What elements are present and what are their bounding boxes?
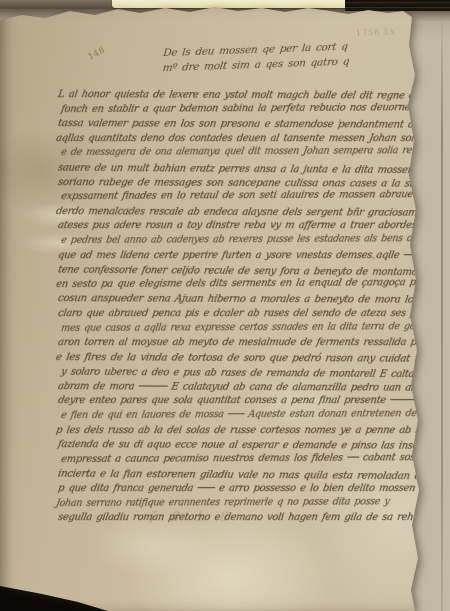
manuscript-line-text: segulla giladiu roman pretorno e demano … xyxy=(57,512,420,523)
manuscript-line-text: derdo menalcades rescale ab endeca alays… xyxy=(55,206,433,219)
folio-number-annotation: 148 xyxy=(87,45,107,62)
manuscript-line: empressat a caunca pecamiso nuestros dem… xyxy=(61,445,414,461)
manuscript-line: expssament finades en lo retaul de son s… xyxy=(61,182,414,198)
manuscript-line-text: Johan serrano ratifique erannentes repri… xyxy=(55,496,390,509)
manuscript-line-text: tassa valemer passe en los son presona e… xyxy=(57,117,450,131)
heading-block: De ls deu mossen qe per la cort q mº dre… xyxy=(148,40,364,76)
manuscript-line: e les fires de la vinda de tortosa de so… xyxy=(56,345,414,361)
manuscript-page-wrap: 148 1756 Lx De ls deu mossen qe per la c… xyxy=(0,0,450,611)
manuscript-line: en sesto pa que elegisme dels dits serme… xyxy=(56,270,414,286)
manuscript-line: tassa valemer passe en los son presona e… xyxy=(58,111,414,127)
manuscript-line: mes que casos a aqlla rexa expresse cert… xyxy=(61,314,414,330)
manuscript-line-text: cosun anspueder sena Ajuan hiberno a mor… xyxy=(57,292,448,306)
manuscript-line-text: e pedres bel anno ab cadenyes ab rexeres… xyxy=(60,233,450,246)
manuscript-line: fonch en stablir a quar bdemon sabina la… xyxy=(61,95,414,111)
manuscript-line: derdo menalcades rescale ab endeca alays… xyxy=(56,199,414,215)
manuscript-line-text: abram de mora ───── E calatayud ab cana … xyxy=(57,381,450,394)
ink-bleedthrough-marks: ſ 8 1 8 xyxy=(149,510,235,525)
manuscript-line: cosun anspueder sena Ajuan hiberno a mor… xyxy=(58,286,414,302)
manuscript-line: incierta e la fian estorenen giladiu val… xyxy=(58,462,414,479)
manuscript-line: Johan serrano ratifique erannentes repri… xyxy=(56,489,414,505)
manuscript-line-text: e fien de qui en lauores de mossa ─── Aq… xyxy=(60,408,417,421)
manuscript-line-text: mes que casos a aqlla rexa expresse cert… xyxy=(60,321,443,334)
manuscript-line: e de messagera de ona alemanya quel dit … xyxy=(61,139,414,155)
manuscript-page: 148 1756 Lx De ls deu mossen qe per la c… xyxy=(0,0,450,611)
manuscript-line: e pedres bel anno ab cadenyes ab rexeres… xyxy=(61,226,414,242)
archival-mark-faint: 1756 Lx xyxy=(356,27,396,38)
manuscript-line: abram de mora ───── E calatayud ab cana … xyxy=(58,374,414,390)
manuscript-text-block: L al honor quiesta de lexere ena ystol m… xyxy=(58,82,414,520)
photograph-backdrop: 148 1756 Lx De ls deu mossen qe per la c… xyxy=(0,0,450,611)
manuscript-line: e fien de qui en lauores de mossa ─── Aq… xyxy=(61,401,414,417)
